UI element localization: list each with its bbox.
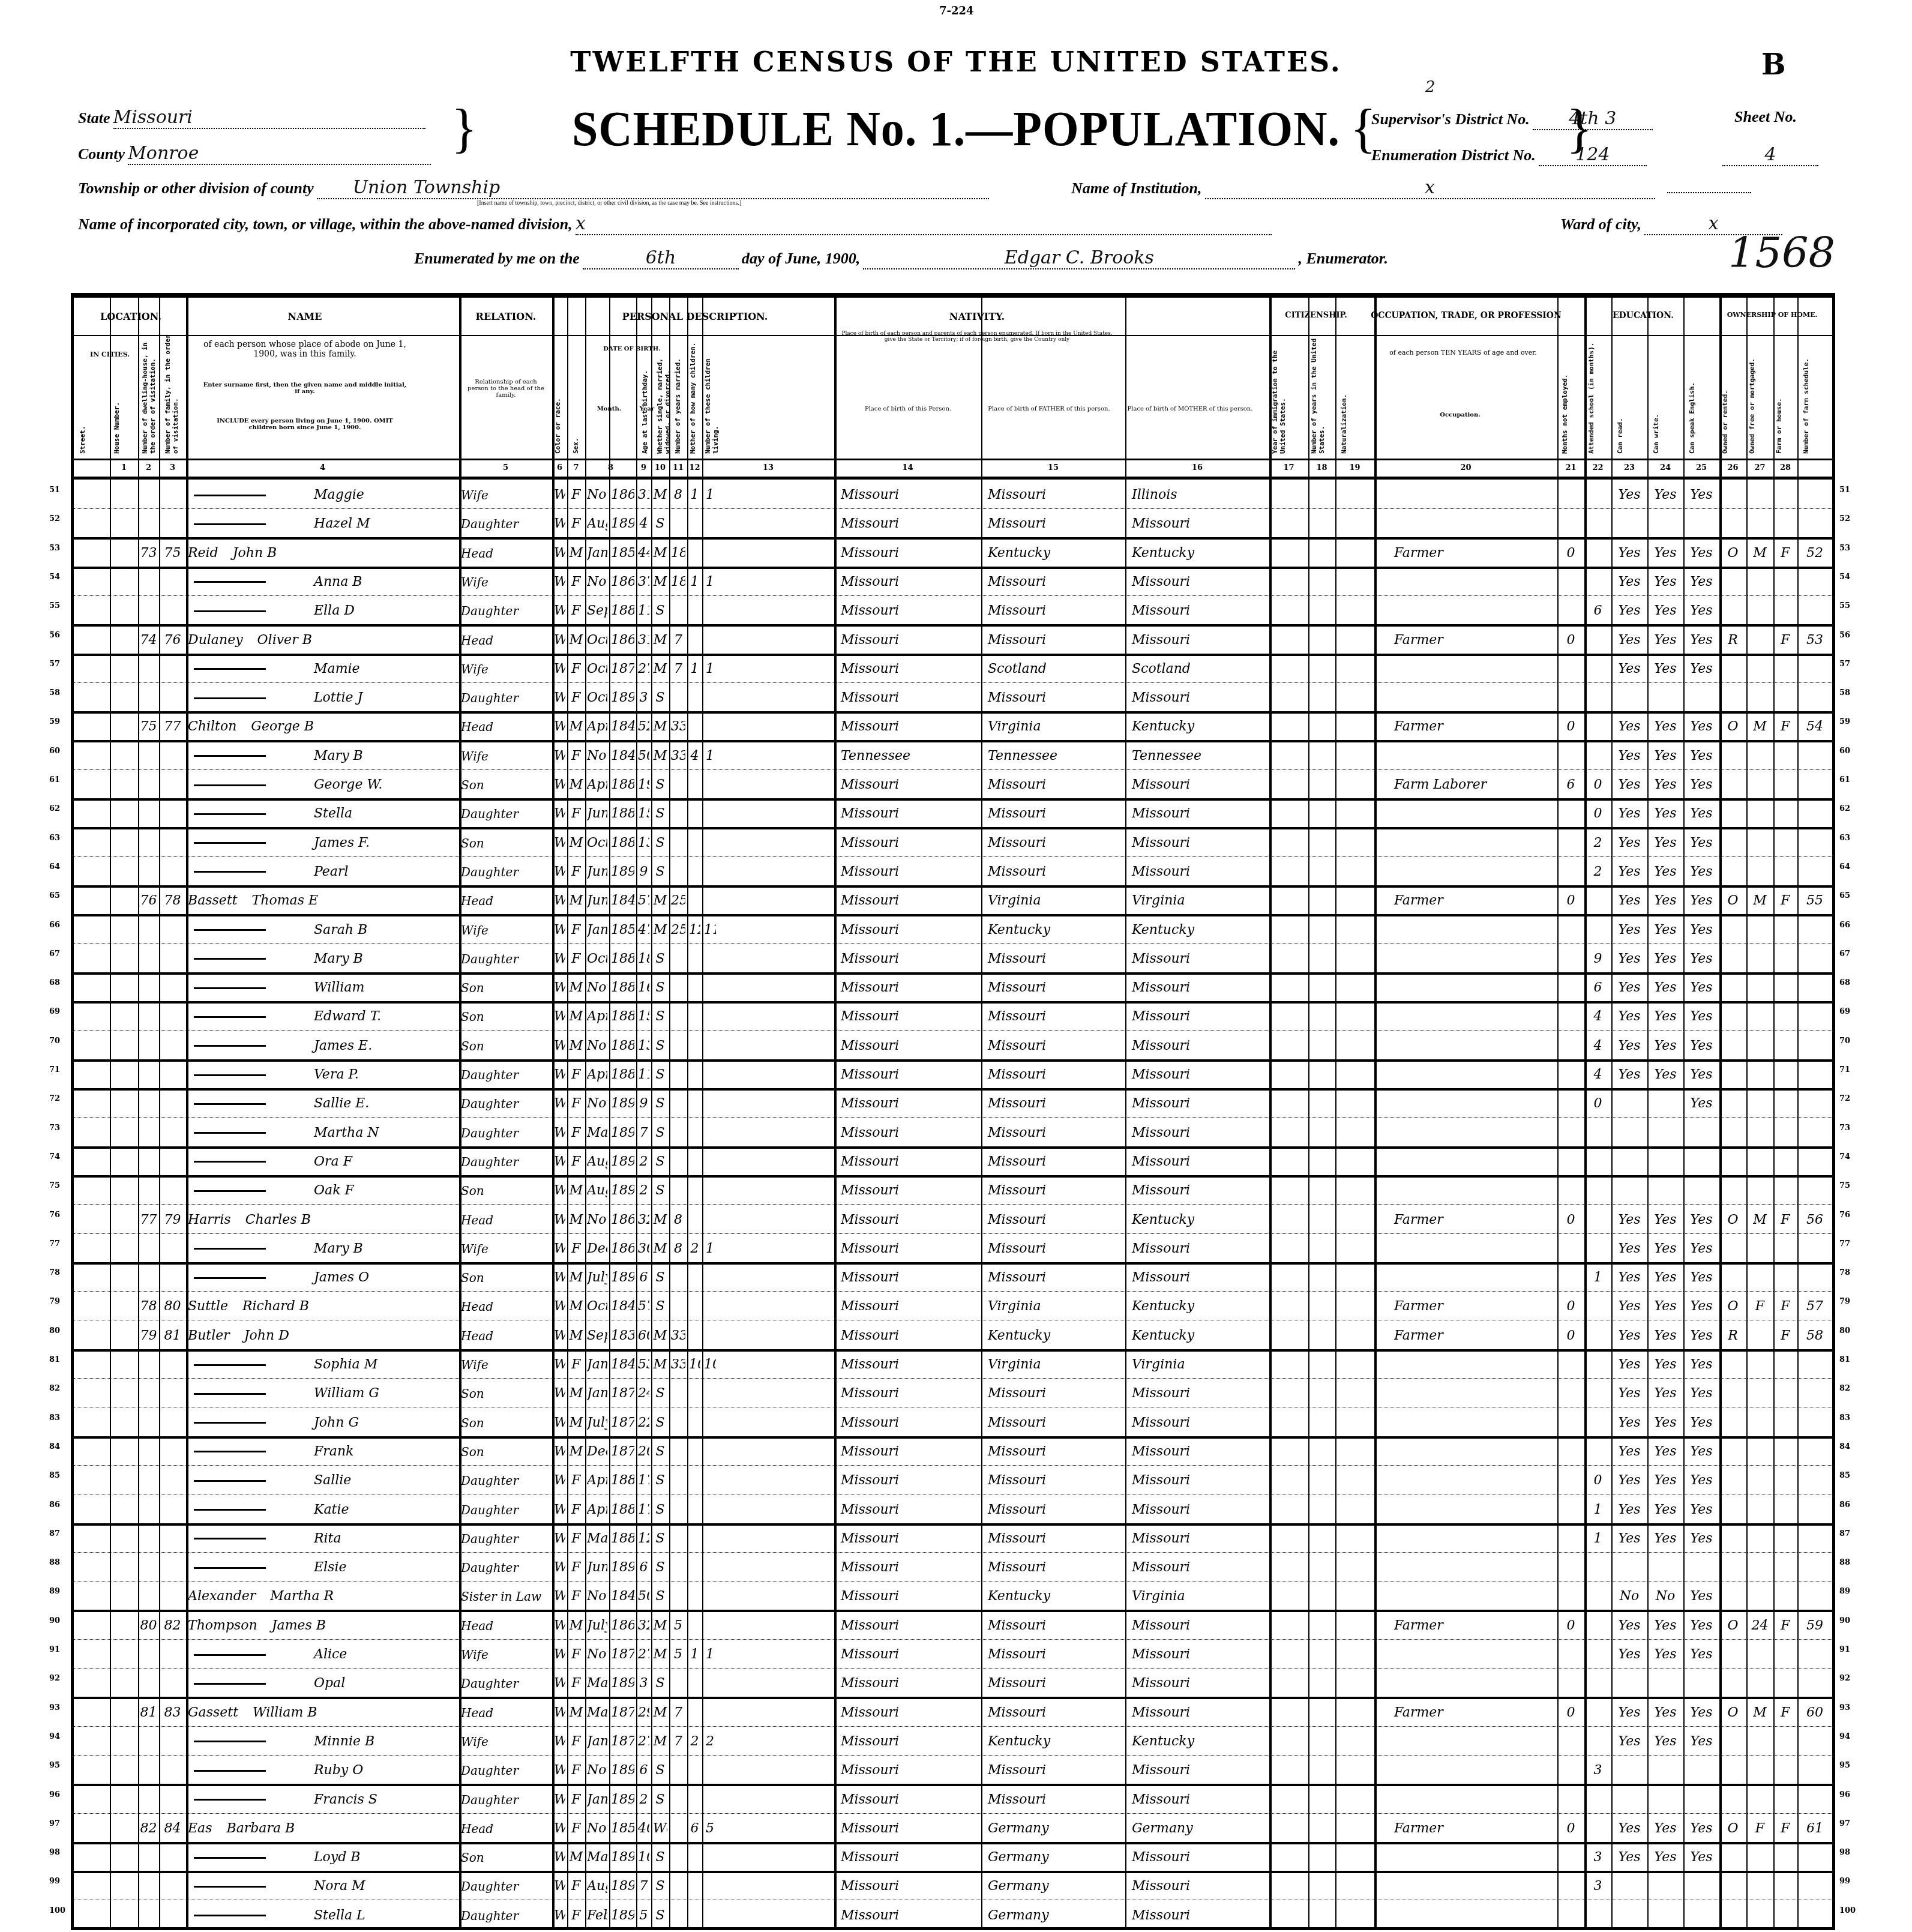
column-number: 10 <box>651 463 669 472</box>
children-living: 5 <box>704 1813 716 1842</box>
occupation: Farmer <box>1376 1320 1574 1349</box>
relation: Son <box>461 1001 550 1030</box>
occupation <box>1376 1146 1574 1175</box>
marital-status: S <box>653 1755 667 1784</box>
years-married <box>671 1900 685 1929</box>
birthplace-mother: Missouri <box>1127 769 1272 798</box>
surname: Eas <box>188 1821 212 1836</box>
mother-of-children <box>689 798 700 827</box>
color-race: W <box>554 828 565 856</box>
months-unemployed <box>1559 682 1583 711</box>
can-speak-english <box>1685 1871 1718 1900</box>
birthplace-person: Missouri <box>836 1871 984 1900</box>
school-months: 1 <box>1586 1523 1610 1552</box>
family-number <box>161 1175 184 1204</box>
mother-of-children <box>689 508 700 537</box>
column-number: 12 <box>687 463 702 472</box>
header-name-desc: of each person whose place of abode on J… <box>203 340 407 359</box>
sex: M <box>569 538 583 567</box>
months-unemployed <box>1559 1146 1583 1175</box>
school-months: 3 <box>1586 1755 1610 1784</box>
vheader-attended-school: Attended school (in months). <box>1587 334 1595 454</box>
sex: F <box>569 1118 583 1146</box>
dwelling-number: 81 <box>140 1697 157 1726</box>
farm-schedule-number: 57 <box>1799 1291 1830 1320</box>
school-months <box>1586 1697 1610 1726</box>
person-name: Pearl <box>188 856 463 885</box>
marital-status: S <box>653 595 667 624</box>
color-race: W <box>554 711 565 740</box>
sex: F <box>569 856 583 885</box>
mother-of-children <box>689 769 700 798</box>
farm-schedule-number <box>1799 1262 1830 1291</box>
children-living <box>704 1581 716 1610</box>
line-number-left: 51 <box>49 486 60 495</box>
relation: Son <box>461 1842 550 1871</box>
birthplace-father: Missouri <box>983 769 1128 798</box>
farm-or-house <box>1775 508 1796 537</box>
line-number-right: 78 <box>1839 1268 1850 1277</box>
dwelling-number <box>140 1842 157 1871</box>
birthplace-father: Germany <box>983 1813 1128 1842</box>
farm-or-house <box>1775 1465 1796 1494</box>
enumeration-day: 6th <box>583 247 739 269</box>
ditto-dash <box>194 668 266 670</box>
owned-rented <box>1721 1233 1745 1262</box>
sex: F <box>569 1059 583 1088</box>
sex: M <box>569 828 583 856</box>
owned-rented <box>1721 741 1745 769</box>
months-unemployed <box>1559 915 1583 943</box>
sex: F <box>569 1813 583 1842</box>
table-row: Lottie JDaughterWFOct18963SMissouriMisso… <box>74 682 1832 714</box>
schedule-letter: B <box>1761 48 1786 82</box>
owned-rented <box>1721 972 1745 1001</box>
given-name: Stella <box>314 806 352 821</box>
children-living <box>704 711 716 740</box>
sex: F <box>569 1755 583 1784</box>
farm-schedule-number: 56 <box>1799 1205 1830 1233</box>
relation: Wife <box>461 567 550 595</box>
line-number-right: 83 <box>1839 1413 1850 1422</box>
birthplace-father: Virginia <box>983 885 1128 914</box>
ditto-dash <box>194 755 266 757</box>
birthplace-father: Missouri <box>983 567 1128 595</box>
can-write: Yes <box>1649 1726 1682 1755</box>
age: 13 <box>638 1031 649 1059</box>
institution-value: x <box>1205 177 1655 199</box>
years-married <box>671 828 685 856</box>
ditto-dash <box>194 1567 266 1569</box>
relation: Son <box>461 1407 550 1436</box>
line-number-right: 68 <box>1839 978 1850 987</box>
owned-free-mortgaged: M <box>1748 538 1772 567</box>
occupation: Farmer <box>1376 1697 1574 1726</box>
can-read: Yes <box>1613 1842 1646 1871</box>
marital-status: M <box>653 1639 667 1668</box>
birthplace-father: Missouri <box>983 480 1128 508</box>
birthplace-mother: Missouri <box>1127 1436 1272 1465</box>
years-married <box>671 1436 685 1465</box>
table-row: MaggieWifeWFNov186831M811MissouriMissour… <box>74 480 1832 509</box>
line-number-right: 86 <box>1839 1500 1850 1509</box>
owned-rented <box>1721 1726 1745 1755</box>
column-number: 17 <box>1269 463 1308 472</box>
given-name: Alice <box>314 1647 347 1662</box>
age: 52 <box>638 711 649 740</box>
color-race: W <box>554 1610 565 1639</box>
given-name: Ruby O <box>314 1763 363 1778</box>
owned-rented <box>1721 508 1745 537</box>
years-married: 7 <box>671 1726 685 1755</box>
birthplace-person: Missouri <box>836 1175 984 1204</box>
header-ownership: OWNERSHIP OF HOME. <box>1712 311 1832 319</box>
relation: Sister in Law <box>461 1581 550 1610</box>
table-row: RitaDaughterWFMay188812SMissouriMissouri… <box>74 1523 1832 1553</box>
occupation <box>1376 1031 1574 1059</box>
birth-month: July <box>587 1262 607 1291</box>
relation: Head <box>461 625 550 654</box>
mother-of-children <box>689 1436 700 1465</box>
line-number-right: 62 <box>1839 804 1850 813</box>
birthplace-father: Germany <box>983 1871 1128 1900</box>
birthplace-father: Kentucky <box>983 1320 1128 1349</box>
column-number: 7 <box>567 463 585 472</box>
county-field: County Monroe <box>78 143 450 165</box>
person-name: Ruby O <box>188 1755 463 1784</box>
farm-schedule-number <box>1799 1146 1830 1175</box>
children-living <box>704 1059 716 1088</box>
line-number-left: 84 <box>49 1442 60 1451</box>
can-speak-english: Yes <box>1685 1349 1718 1378</box>
can-read: Yes <box>1613 1494 1646 1523</box>
column-number: 5 <box>459 463 552 472</box>
farm-schedule-number <box>1799 1726 1830 1755</box>
sex: M <box>569 885 583 914</box>
children-living <box>704 972 716 1001</box>
dwelling-number <box>140 1494 157 1523</box>
ditto-dash <box>194 1103 266 1105</box>
marital-status: M <box>653 1233 667 1262</box>
owned-rented <box>1721 915 1745 943</box>
line-number-right: 90 <box>1839 1616 1850 1625</box>
age: 27 <box>638 1726 649 1755</box>
birthplace-mother: Germany <box>1127 1813 1272 1842</box>
age: 11 <box>638 1059 649 1088</box>
occupation <box>1376 1233 1574 1262</box>
birthplace-mother: Kentucky <box>1127 1291 1272 1320</box>
mother-of-children <box>689 856 700 885</box>
sex: M <box>569 1262 583 1291</box>
birthplace-father: Virginia <box>983 711 1128 740</box>
marital-status: M <box>653 885 667 914</box>
relation: Wife <box>461 1349 550 1378</box>
mother-of-children <box>689 1031 700 1059</box>
can-write: Yes <box>1649 798 1682 827</box>
owned-free-mortgaged <box>1748 508 1772 537</box>
school-months: 0 <box>1586 1088 1610 1117</box>
relation: Daughter <box>461 682 550 711</box>
owned-free-mortgaged <box>1748 1900 1772 1929</box>
can-read: Yes <box>1613 885 1646 914</box>
color-race: W <box>554 1726 565 1755</box>
birthplace-mother: Missouri <box>1127 1175 1272 1204</box>
color-race: W <box>554 625 565 654</box>
color-race: W <box>554 1871 565 1900</box>
children-living <box>704 1146 716 1175</box>
can-write <box>1649 1900 1682 1929</box>
occupation <box>1376 1523 1574 1552</box>
sex: M <box>569 1291 583 1320</box>
birth-month: Nov <box>587 1639 607 1668</box>
mother-of-children <box>689 1175 700 1204</box>
table-row: Hazel MDaughterWFAug18954SMissouriMissou… <box>74 508 1832 540</box>
age: 30 <box>638 1233 649 1262</box>
birthplace-father: Missouri <box>983 1059 1128 1088</box>
years-married: 8 <box>671 1205 685 1233</box>
can-speak-english: Yes <box>1685 538 1718 567</box>
can-speak-english: Yes <box>1685 1320 1718 1349</box>
birthplace-mother: Missouri <box>1127 943 1272 972</box>
farm-schedule-number <box>1799 798 1830 827</box>
ditto-dash <box>194 1857 266 1859</box>
owned-rented <box>1721 1146 1745 1175</box>
birth-year: 1890 <box>611 856 634 885</box>
dwelling-number <box>140 1784 157 1813</box>
can-write: Yes <box>1649 1813 1682 1842</box>
can-read <box>1613 1755 1646 1784</box>
line-number-right: 76 <box>1839 1211 1850 1220</box>
birthplace-person: Missouri <box>836 1581 984 1610</box>
color-race: W <box>554 1233 565 1262</box>
ditto-dash <box>194 1422 266 1424</box>
dwelling-number <box>140 828 157 856</box>
years-married <box>671 1668 685 1697</box>
line-number-left: 57 <box>49 660 60 669</box>
birthplace-mother: Missouri <box>1127 1118 1272 1146</box>
farm-or-house <box>1775 1900 1796 1929</box>
can-write: Yes <box>1649 1349 1682 1378</box>
can-read: Yes <box>1613 654 1646 682</box>
mother-of-children: 1 <box>689 1639 700 1668</box>
age: 16 <box>638 972 649 1001</box>
farm-or-house <box>1775 1552 1796 1581</box>
mother-of-children <box>689 943 700 972</box>
institution-field: Name of Institution, x <box>1071 177 1751 199</box>
school-months <box>1586 1668 1610 1697</box>
color-race: W <box>554 1349 565 1378</box>
birth-month: Aug <box>587 1871 607 1900</box>
mother-of-children <box>689 828 700 856</box>
birth-month: Nov <box>587 1755 607 1784</box>
years-married <box>671 1001 685 1030</box>
owned-free-mortgaged <box>1748 1175 1772 1204</box>
birthplace-father: Missouri <box>983 1668 1128 1697</box>
school-months <box>1586 508 1610 537</box>
can-write: Yes <box>1649 1610 1682 1639</box>
sex: F <box>569 1581 583 1610</box>
person-name: ChiltonGeorge B <box>188 711 457 740</box>
sex: F <box>569 1726 583 1755</box>
family-number <box>161 1088 184 1117</box>
family-number: 75 <box>161 538 184 567</box>
birth-year: 1885 <box>611 1001 634 1030</box>
can-read <box>1613 682 1646 711</box>
months-unemployed <box>1559 1118 1583 1146</box>
mother-of-children <box>689 1088 700 1117</box>
owned-rented: R <box>1721 1320 1745 1349</box>
owned-free-mortgaged <box>1748 972 1772 1001</box>
line-number-right: 89 <box>1839 1587 1850 1596</box>
mother-of-children <box>689 538 700 567</box>
color-race: W <box>554 1320 565 1349</box>
dwelling-number <box>140 1639 157 1668</box>
farm-schedule-number <box>1799 1465 1830 1494</box>
color-race: W <box>554 769 565 798</box>
months-unemployed <box>1559 798 1583 827</box>
birthplace-mother: Missouri <box>1127 1031 1272 1059</box>
age: 47 <box>638 915 649 943</box>
owned-rented <box>1721 943 1745 972</box>
county-label: County <box>78 145 125 163</box>
years-married: 5 <box>671 1610 685 1639</box>
owned-rented <box>1721 595 1745 624</box>
school-months <box>1586 1233 1610 1262</box>
school-months <box>1586 915 1610 943</box>
line-number-left: 91 <box>49 1645 60 1654</box>
age: 6 <box>638 1755 649 1784</box>
given-name: Katie <box>314 1502 349 1517</box>
owned-free-mortgaged <box>1748 1407 1772 1436</box>
person-name: Mary B <box>188 943 463 972</box>
farm-schedule-number <box>1799 1349 1830 1378</box>
birth-month: Nov <box>587 741 607 769</box>
table-row: Vera P.DaughterWFApril188911SMissouriMis… <box>74 1059 1832 1091</box>
months-unemployed <box>1559 1001 1583 1030</box>
line-number-right: 70 <box>1839 1037 1850 1046</box>
months-unemployed <box>1559 1784 1583 1813</box>
person-name: SuttleRichard B <box>188 1291 457 1320</box>
column-number: 4 <box>186 463 459 472</box>
header-education: EDUCATION. <box>1577 311 1709 320</box>
birthplace-person: Missouri <box>836 1233 984 1262</box>
months-unemployed <box>1559 1726 1583 1755</box>
age: 32 <box>638 1610 649 1639</box>
person-name: Mamie <box>188 654 463 682</box>
form-number: 7-224 <box>939 5 974 17</box>
occupation: Farmer <box>1376 1205 1574 1233</box>
birthplace-mother: Missouri <box>1127 1610 1272 1639</box>
age: 32 <box>638 1205 649 1233</box>
farm-or-house <box>1775 798 1796 827</box>
can-speak-english: Yes <box>1685 1001 1718 1030</box>
marital-status: M <box>653 625 667 654</box>
owned-rented <box>1721 1784 1745 1813</box>
can-speak-english: Yes <box>1685 972 1718 1001</box>
given-name: Frank <box>314 1444 353 1459</box>
birth-year: 1893 <box>611 1755 634 1784</box>
farm-schedule-number <box>1799 1755 1830 1784</box>
ditto-dash <box>194 1451 266 1452</box>
color-race: W <box>554 885 565 914</box>
can-speak-english <box>1685 508 1718 537</box>
years-married <box>671 682 685 711</box>
birthplace-father: Missouri <box>983 798 1128 827</box>
table-row: StellaDaughterWFJune188415SMissouriMisso… <box>74 798 1832 829</box>
birth-month: May <box>587 1842 607 1871</box>
can-read <box>1613 1175 1646 1204</box>
months-unemployed <box>1559 595 1583 624</box>
can-write: Yes <box>1649 1233 1682 1262</box>
person-name: Stella <box>188 798 463 827</box>
sex: F <box>569 508 583 537</box>
person-name: ButlerJohn D <box>188 1320 457 1349</box>
vheader-years-married: Number of years married. <box>674 334 682 454</box>
family-number <box>161 1407 184 1436</box>
birthplace-mother: Virginia <box>1127 885 1272 914</box>
relation: Daughter <box>461 1088 550 1117</box>
given-name: John B <box>233 546 277 561</box>
owned-rented <box>1721 1494 1745 1523</box>
months-unemployed <box>1559 1175 1583 1204</box>
can-write <box>1649 1146 1682 1175</box>
dwelling-number: 75 <box>140 711 157 740</box>
ditto-dash <box>194 523 266 525</box>
age: 29 <box>638 1697 649 1726</box>
line-number-left: 89 <box>49 1587 60 1596</box>
birth-year: 1876 <box>611 1378 634 1407</box>
marital-status: S <box>653 943 667 972</box>
school-months <box>1586 1436 1610 1465</box>
person-name: Opal <box>188 1668 463 1697</box>
children-living: 1 <box>704 741 716 769</box>
owned-free-mortgaged <box>1748 1436 1772 1465</box>
person-name: Nora M <box>188 1871 463 1900</box>
line-number-left: 88 <box>49 1558 60 1567</box>
person-name: Oak F <box>188 1175 463 1204</box>
owned-rented <box>1721 567 1745 595</box>
occupation <box>1376 1552 1574 1581</box>
person-name: Sallie <box>188 1465 463 1494</box>
owned-free-mortgaged <box>1748 1031 1772 1059</box>
can-read: Yes <box>1613 1639 1646 1668</box>
months-unemployed: 6 <box>1559 769 1583 798</box>
birth-year: 1889 <box>611 1059 634 1088</box>
given-name: Oliver B <box>257 633 312 648</box>
line-number-left: 95 <box>49 1761 60 1770</box>
birthplace-person: Missouri <box>836 1494 984 1523</box>
owned-free-mortgaged: M <box>1748 1205 1772 1233</box>
surname: Gassett <box>188 1705 238 1720</box>
marital-status: S <box>653 1146 667 1175</box>
owned-free-mortgaged <box>1748 1639 1772 1668</box>
person-name: Edward T. <box>188 1001 463 1030</box>
birthplace-mother: Missouri <box>1127 1842 1272 1871</box>
can-write: Yes <box>1649 1639 1682 1668</box>
supervisor-overwrite: 2 <box>1425 78 1436 96</box>
line-number-right: 64 <box>1839 862 1850 871</box>
can-write: Yes <box>1649 1378 1682 1407</box>
birthplace-mother: Missouri <box>1127 567 1272 595</box>
family-number <box>161 480 184 508</box>
sex: M <box>569 1320 583 1349</box>
ditto-dash <box>194 1741 266 1742</box>
children-living <box>704 1842 716 1871</box>
years-married <box>671 1088 685 1117</box>
mother-of-children: 1 <box>689 480 700 508</box>
school-months <box>1586 1320 1610 1349</box>
farm-or-house <box>1775 1031 1796 1059</box>
